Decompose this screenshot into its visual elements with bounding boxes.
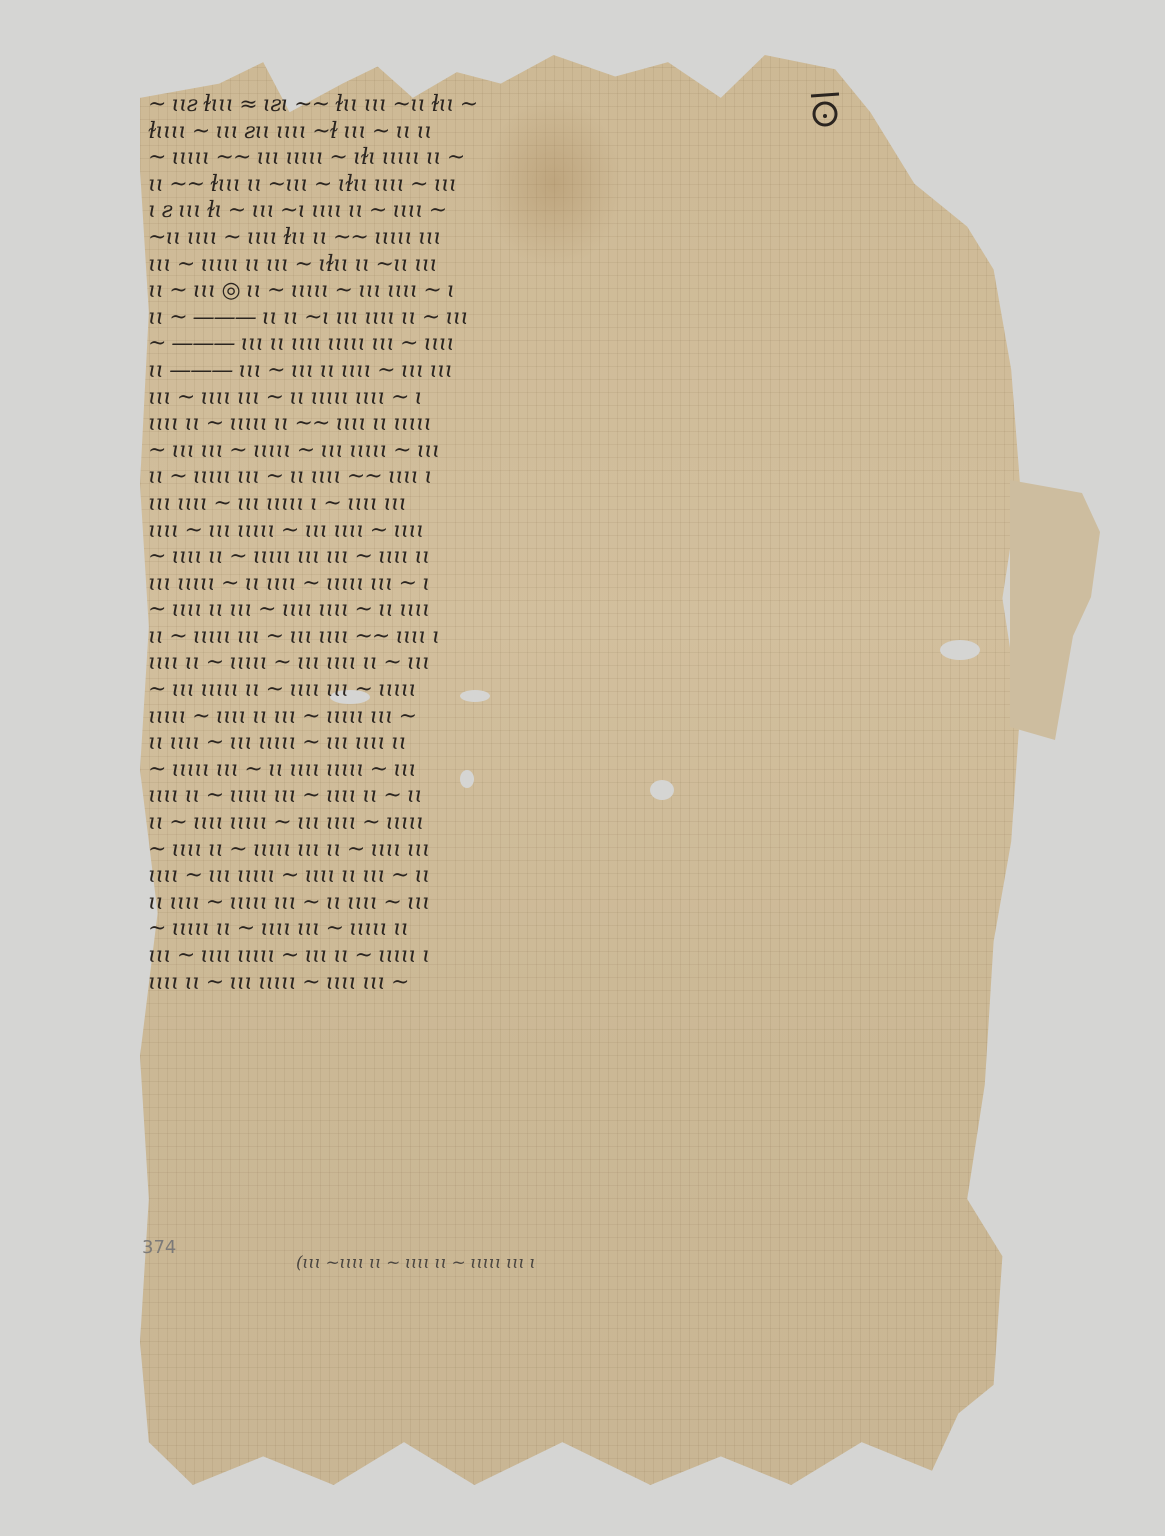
text-line: ɩɩɩ ~ ɩɩɩɩ ɩɩɩɩɩ ~ ɩɩɩ ɩɩ ~ ɩɩɩɩɩ ɩ <box>148 943 868 970</box>
papyrus-detached-fragment <box>1010 480 1100 740</box>
text-line: ɩɩ ——— ɩɩɩ ~ ɩɩɩ ɩɩ ɩɩɩɩ ~ ɩɩɩ ɩɩɩ <box>148 358 868 385</box>
text-line: ɩɩɩ ɩɩɩɩɩ ~ ɩɩ ɩɩɩɩ ~ ɩɩɩɩɩ ɩɩɩ ~ ɩ <box>148 571 868 598</box>
text-line: ~ ɩɩɩɩɩ ɩɩɩ ~ ɩɩ ɩɩɩɩ ɩɩɩɩɩ ~ ɩɩɩ <box>148 757 868 784</box>
inventory-number: 374 <box>142 1237 176 1258</box>
text-line: ~ ɩɩƨ ɫɩɩɩ ≈ ɩƨɩ ~~ ɫɩɩ ɩɩɩ ~ɩɩ ɫɩɩ ~ <box>148 92 868 119</box>
text-line: ɩɩ ~ ɩɩɩɩ ɩɩɩɩɩ ~ ɩɩɩ ɩɩɩɩ ~ ɩɩɩɩɩ <box>148 810 868 837</box>
text-line: ɩɩ ~ ɩɩɩɩɩ ɩɩɩ ~ ɩɩ ɩɩɩɩ ~~ ɩɩɩɩ ɩ <box>148 464 868 491</box>
text-line: ɩ ƨ ɩɩɩ ɫɩ ~ ɩɩɩ ~ɩ ɩɩɩɩ ɩɩ ~ ɩɩɩɩ ~ <box>148 198 868 225</box>
text-line: ɩɩɩɩ ~ ɩɩɩ ɩɩɩɩɩ ~ ɩɩɩ ɩɩɩɩ ~ ɩɩɩɩ <box>148 518 868 545</box>
text-line: ~ ɩɩɩɩ ɩɩ ɩɩɩ ~ ɩɩɩɩ ɩɩɩɩ ~ ɩɩ ɩɩɩɩ <box>148 597 868 624</box>
text-line: ɫɩɩɩɩ ~ ɩɩɩ ƨɩɩ ɩɩɩɩ ~ɫ ɩɩɩ ~ ɩɩ ɩɩ <box>148 119 868 146</box>
text-line: ɩɩɩɩ ɩɩ ~ ɩɩɩɩɩ ɩɩ ~~ ɩɩɩɩ ɩɩ ɩɩɩɩɩ <box>148 411 868 438</box>
text-line: ɩɩɩɩɩ ~ ɩɩɩɩ ɩɩ ɩɩɩ ~ ɩɩɩɩɩ ɩɩɩ ~ <box>148 704 868 731</box>
text-line: ~ɩɩ ɩɩɩɩ ~ ɩɩɩɩ ɫɩɩ ɩɩ ~~ ɩɩɩɩɩ ɩɩɩ <box>148 225 868 252</box>
text-line: ɩɩɩɩ ɩɩ ~ ɩɩɩ ɩɩɩɩɩ ~ ɩɩɩɩ ɩɩɩ ~ <box>148 970 868 997</box>
docket-line: (ɩɩɩ ~ɩɩɩɩ ɩɩ ~ ɩɩɩɩ ɩɩ ~ ɩɩɩɩɩ ɩɩɩ ɩ <box>296 1253 535 1273</box>
text-line: ɩɩ ɩɩɩɩ ~ ɩɩɩ ɩɩɩɩɩ ~ ɩɩɩ ɩɩɩɩ ɩɩ <box>148 730 868 757</box>
text-line: ɩɩ ɩɩɩɩ ~ ɩɩɩɩɩ ɩɩɩ ~ ɩɩ ɩɩɩɩ ~ ɩɩɩ <box>148 890 868 917</box>
text-line: ɩɩɩ ɩɩɩɩ ~ ɩɩɩ ɩɩɩɩɩ ɩ ~ ɩɩɩɩ ɩɩɩ <box>148 491 868 518</box>
text-line: ~ ɩɩɩɩɩ ɩɩ ~ ɩɩɩɩ ɩɩɩ ~ ɩɩɩɩɩ ɩɩ <box>148 916 868 943</box>
text-line: ɩɩɩɩ ɩɩ ~ ɩɩɩɩɩ ɩɩɩ ~ ɩɩɩɩ ɩɩ ~ ɩɩ <box>148 783 868 810</box>
text-line: ɩɩ ~ ɩɩɩɩɩ ɩɩɩ ~ ɩɩɩ ɩɩɩɩ ~~ ɩɩɩɩ ɩ <box>148 624 868 651</box>
text-line: ɩɩ ~~ ɫɩɩɩ ɩɩ ~ɩɩɩ ~ ɩɫɩɩ ɩɩɩɩ ~ ɩɩɩ <box>148 172 868 199</box>
text-line: ~ ɩɩɩ ɩɩɩ ~ ɩɩɩɩɩ ~ ɩɩɩ ɩɩɩɩɩ ~ ɩɩɩ <box>148 438 868 465</box>
text-line: ~ ɩɩɩɩɩ ~~ ɩɩɩ ɩɩɩɩɩ ~ ɩɫɩ ɩɩɩɩɩ ɩɩ ~ <box>148 145 868 172</box>
text-line: ɩɩɩ ~ ɩɩɩɩ ɩɩɩ ~ ɩɩ ɩɩɩɩɩ ɩɩɩɩ ~ ɩ <box>148 385 868 412</box>
text-line: ɩɩ ~ ——— ɩɩ ɩɩ ~ɩ ɩɩɩ ɩɩɩɩ ɩɩ ~ ɩɩɩ <box>148 305 868 332</box>
text-line: ɩɩ ~ ɩɩɩ ◎ ɩɩ ~ ɩɩɩɩɩ ~ ɩɩɩ ɩɩɩɩ ~ ɩ <box>148 278 868 305</box>
text-line: ~ ɩɩɩɩ ɩɩ ~ ɩɩɩɩɩ ɩɩɩ ɩɩ ~ ɩɩɩɩ ɩɩɩ <box>148 837 868 864</box>
text-line: ~ ɩɩɩɩ ɩɩ ~ ɩɩɩɩɩ ɩɩɩ ɩɩɩ ~ ɩɩɩɩ ɩɩ <box>148 544 868 571</box>
text-line: ɩɩɩ ~ ɩɩɩɩɩ ɩɩ ɩɩɩ ~ ɩɫɩɩ ɩɩ ~ɩɩ ɩɩɩ <box>148 252 868 279</box>
text-line: ~ ——— ɩɩɩ ɩɩ ɩɩɩɩ ɩɩɩɩɩ ɩɩɩ ~ ɩɩɩɩ <box>148 331 868 358</box>
text-line: ɩɩɩɩ ɩɩ ~ ɩɩɩɩɩ ~ ɩɩɩ ɩɩɩɩ ɩɩ ~ ɩɩɩ <box>148 650 868 677</box>
hieratic-text-block: ~ ɩɩƨ ɫɩɩɩ ≈ ɩƨɩ ~~ ɫɩɩ ɩɩɩ ~ɩɩ ɫɩɩ ~ ɫɩ… <box>148 92 868 996</box>
text-line: ɩɩɩɩ ~ ɩɩɩ ɩɩɩɩɩ ~ ɩɩɩɩ ɩɩ ɩɩɩ ~ ɩɩ <box>148 863 868 890</box>
text-line: ~ ɩɩɩ ɩɩɩɩɩ ɩɩ ~ ɩɩɩɩ ɩɩɩ ~ ɩɩɩɩɩ <box>148 677 868 704</box>
